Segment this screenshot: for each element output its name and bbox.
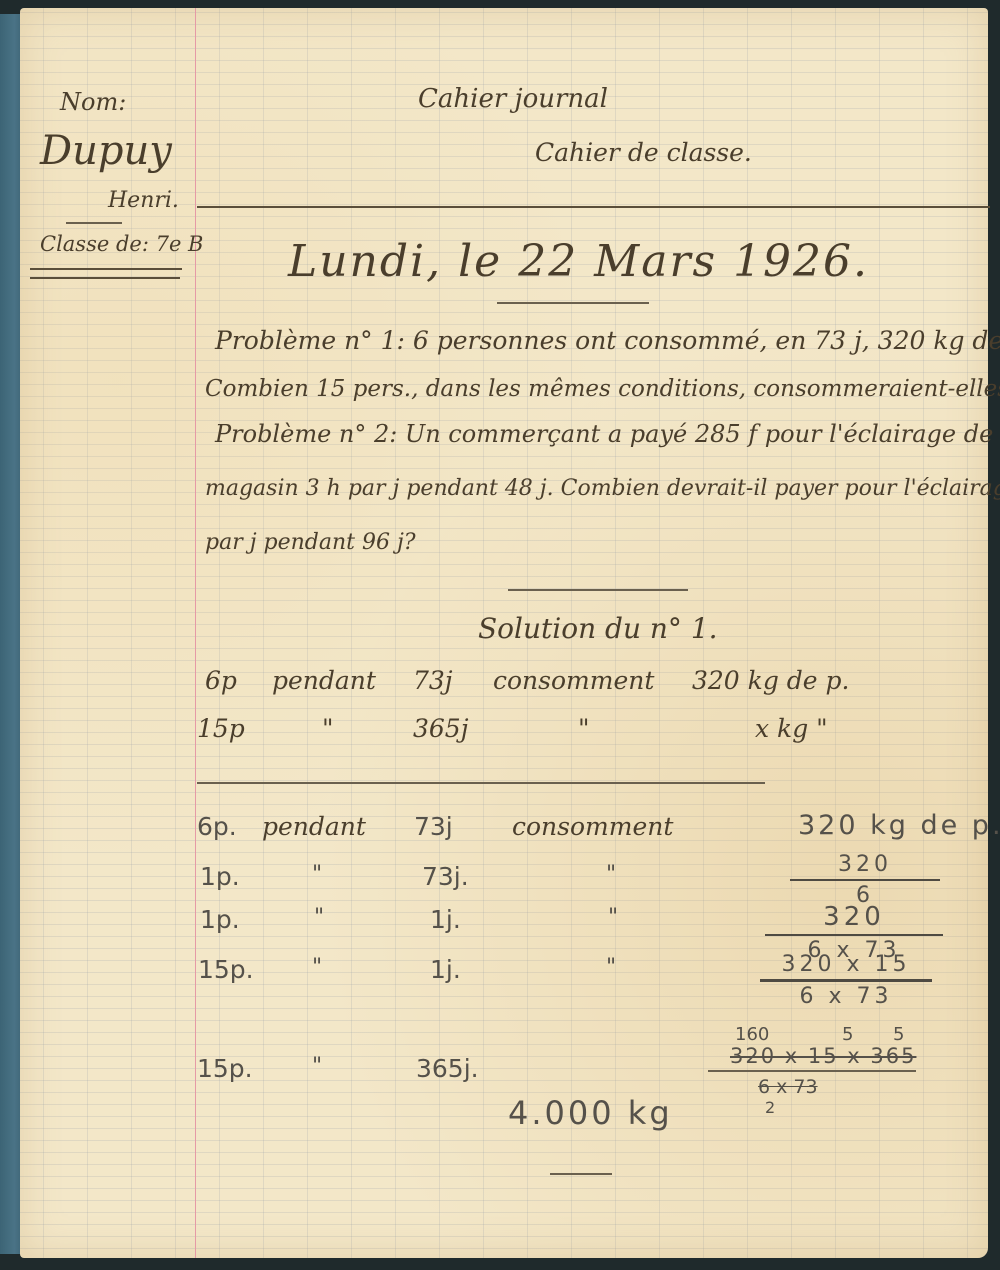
step-verb: consomment [512, 812, 673, 841]
simplified-numerator: 320 x 15 x 365 [730, 1044, 916, 1068]
section-divider [508, 589, 688, 591]
setup-word: " [322, 714, 334, 743]
step-persons: 15p. [197, 1054, 253, 1083]
double-rule-top [30, 268, 182, 270]
setup-qty: 320 kg de p. [692, 666, 849, 695]
step-days: 73j [414, 812, 453, 841]
margin-line [195, 8, 196, 1258]
step-verb: " [608, 905, 618, 930]
step-days: 73j. [422, 862, 469, 891]
problem-2-line-3: par j pendant 96 j? [205, 530, 416, 555]
problem-2-line-2: magasin 3 h par j pendant 48 j. Combien … [205, 476, 1000, 501]
date-heading: Lundi, le 22 Mars 1926. [288, 236, 869, 287]
step-days: 1j. [430, 955, 461, 984]
problem-1-line-1: Problème n° 1: 6 personnes ont consommé,… [215, 326, 1000, 355]
setup-rule [197, 782, 765, 784]
cancel-above: 160 [735, 1024, 769, 1045]
final-answer: 4.000 kg [508, 1094, 673, 1132]
problem-1-line-2: Combien 15 pers., dans les mêmes conditi… [205, 376, 1000, 402]
step-word: " [314, 905, 324, 930]
first-name: Henri. [108, 188, 179, 213]
step-verb: " [606, 955, 616, 980]
setup-persons: 6p [205, 666, 237, 695]
step-word: " [312, 1054, 322, 1079]
fraction-bar [708, 1070, 916, 1072]
problem-2-line-1: Problème n° 2: Un commerçant a payé 285 … [215, 420, 1000, 448]
step-persons: 15p. [198, 955, 254, 984]
title-cahier-journal: Cahier journal [418, 84, 608, 114]
title-cahier-classe: Cahier de classe. [535, 138, 752, 167]
fraction-step-1: 320 6 [790, 852, 940, 908]
solution-title: Solution du n° 1. [478, 612, 718, 645]
double-rule-bottom [30, 277, 180, 279]
simplified-denominator: 6 x 73 [758, 1076, 818, 1098]
step-word: pendant [262, 812, 366, 841]
header-rule [197, 206, 990, 208]
surname: Dupuy [40, 128, 172, 174]
step-days: 1j. [430, 905, 461, 934]
cancel-above: 5 [842, 1024, 853, 1045]
step-persons: 6p. [197, 812, 237, 841]
setup-qty: x kg " [755, 714, 828, 743]
numerator: 320 x 15 [760, 952, 932, 977]
step-verb: " [606, 862, 616, 887]
setup-days: 365j [413, 714, 468, 743]
fraction-bar [790, 879, 940, 881]
numerator: 320 [790, 852, 940, 877]
step-days: 365j. [416, 1054, 479, 1083]
step-word: " [312, 955, 322, 980]
fraction-step-3: 320 x 15 6 x 73 [760, 952, 932, 1009]
setup-days: 73j [413, 666, 453, 695]
setup-verb: consomment [493, 666, 654, 695]
step-word: " [312, 862, 322, 887]
end-rule [550, 1173, 612, 1175]
numerator: 320 [765, 902, 943, 932]
setup-verb: " [578, 714, 590, 743]
name-label: Nom: [60, 88, 126, 116]
divider [66, 222, 122, 224]
cancel-above: 5 [893, 1024, 904, 1045]
step-persons: 1p. [200, 862, 240, 891]
step-persons: 1p. [200, 905, 240, 934]
fraction-bar [765, 934, 943, 936]
date-underline [497, 302, 649, 304]
step-qty: 320 kg de p. [798, 810, 1000, 841]
setup-word: pendant [272, 666, 376, 695]
setup-persons: 15p [197, 714, 245, 743]
class-label: Classe de: 7e B [40, 232, 203, 256]
fraction-bar [760, 979, 932, 982]
denominator: 6 x 73 [760, 984, 932, 1009]
cancel-below: 2 [765, 1098, 775, 1117]
